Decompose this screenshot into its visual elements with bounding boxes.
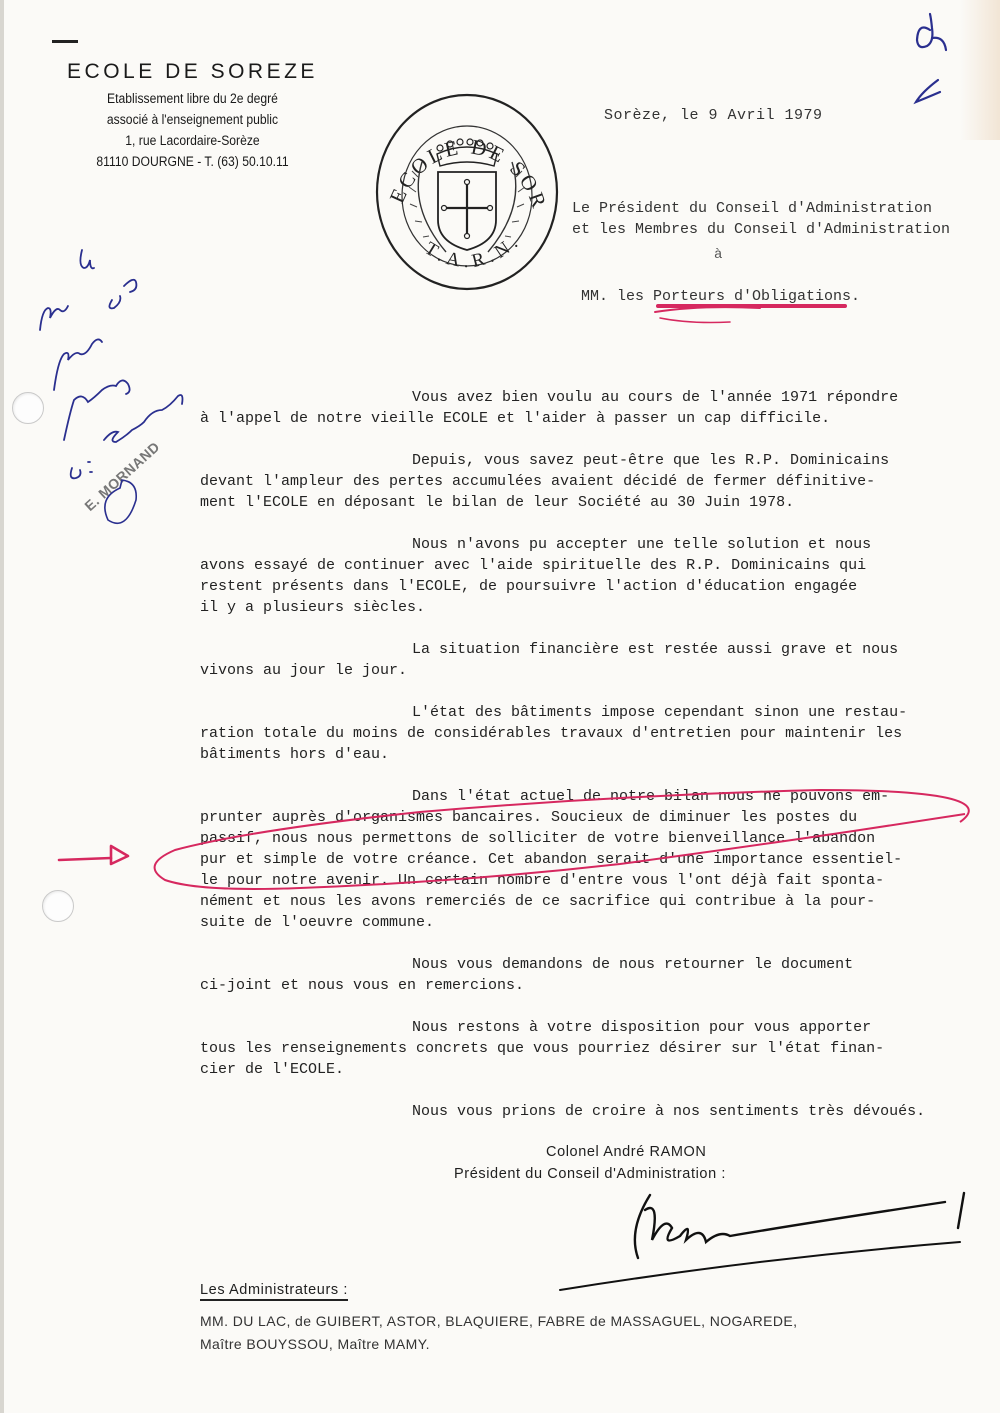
sender-line: et les Membres du Conseil d'Administrati… [572, 219, 950, 240]
recipient-underline-icon [655, 306, 845, 323]
body-line: à l'appel de notre vieille ECOLE et l'ai… [200, 408, 990, 429]
letterhead-phone: 81110 DOURGNE - T. (63) 50.10.11 [69, 151, 317, 172]
body-line: le pour notre avenir. Un certain nombre … [200, 870, 990, 891]
body-line: Depuis, vous savez peut-être que les R.P… [200, 450, 990, 471]
body-line: vivons au jour le jour. [200, 660, 990, 681]
body-line: il y a plusieurs siècles. [200, 597, 990, 618]
body-line: nément et nous les avons remerciés de ce… [200, 891, 990, 912]
body-line: devant l'ampleur des pertes accumulées a… [200, 471, 990, 492]
svg-text:ECOLE DE SOREZE: ECOLE DE SOREZE [372, 92, 552, 213]
body-line: Nous n'avons pu accepter une telle solut… [200, 534, 990, 555]
body-line: La situation financière est restée aussi… [200, 639, 990, 660]
body-line: tous les renseignements concrets que vou… [200, 1038, 990, 1059]
seal-bottom-text: T.A.R.N. [421, 230, 526, 273]
school-name: ECOLE DE SOREZE [55, 60, 330, 84]
letterhead: ECOLE DE SOREZE Etablissement libre du 2… [55, 60, 330, 172]
recipient-line: MM. les Porteurs d'Obligations. [581, 288, 860, 305]
sender-block: Le Président du Conseil d'Administration… [572, 198, 950, 240]
punch-hole [42, 890, 74, 922]
body-line: suite de l'oeuvre commune. [200, 912, 990, 933]
body-line: L'état des bâtiments impose cependant si… [200, 702, 990, 723]
body-line: ment l'ECOLE en déposant le bilan de leu… [200, 492, 990, 513]
body-line: ration totale du moins de considérables … [200, 723, 990, 744]
body-paragraph: L'état des bâtiments impose cependant si… [200, 702, 990, 765]
school-seal-icon: ECOLE DE SOREZE T.A.R.N. [372, 92, 562, 292]
paper-stain [960, 0, 1000, 140]
administrators-line: MM. DU LAC, de GUIBERT, ASTOR, BLAQUIERE… [200, 1310, 797, 1333]
to-word: à [714, 247, 722, 263]
body-line: restent présents dans l'ECOLE, de poursu… [200, 576, 990, 597]
body-paragraph: Vous avez bien voulu au cours de l'année… [200, 387, 990, 429]
body-paragraph: Depuis, vous savez peut-être que les R.P… [200, 450, 990, 513]
body-line: bâtiments hors d'eau. [200, 744, 990, 765]
body-line: pur et simple de votre créance. Cet aban… [200, 849, 990, 870]
letterhead-address: 1, rue Lacordaire-Sorèze [69, 130, 317, 151]
seal-top-text: ECOLE DE SOREZE [372, 92, 552, 213]
body-line: Nous vous demandons de nous retourner le… [200, 954, 990, 975]
page-edge [0, 0, 4, 1413]
header-dash [52, 40, 78, 43]
body-paragraph: Nous n'avons pu accepter une telle solut… [200, 534, 990, 618]
body-line: prunter auprès d'organismes bancaires. S… [200, 807, 990, 828]
body-line: avons essayé de continuer avec l'aide sp… [200, 555, 990, 576]
body-paragraph: La situation financière est restée aussi… [200, 639, 990, 681]
punch-hole [12, 392, 44, 424]
administrators-heading: Les Administrateurs : [200, 1282, 348, 1301]
body-line: Dans l'état actuel de notre bilan nous n… [200, 786, 990, 807]
corner-mark-icon [916, 14, 946, 102]
svg-text:T.A.R.N.: T.A.R.N. [421, 230, 526, 273]
mornand-stamp: E. MORNAND [81, 438, 162, 514]
body-paragraph: Nous vous demandons de nous retourner le… [200, 954, 990, 996]
date-line: Sorèze, le 9 Avril 1979 [604, 107, 823, 124]
body-line: cier de l'ECOLE. [200, 1059, 990, 1080]
body-line: passif, nous nous permettons de sollicit… [200, 828, 990, 849]
administrators-list: MM. DU LAC, de GUIBERT, ASTOR, BLAQUIERE… [200, 1310, 797, 1356]
letterhead-line: Etablissement libre du 2e degré [69, 88, 317, 109]
closing-block: Colonel André RAMON Président du Conseil… [454, 1141, 726, 1185]
letterhead-line: associé à l'enseignement public [69, 109, 317, 130]
body-line: Vous avez bien voulu au cours de l'année… [200, 387, 990, 408]
sender-line: Le Président du Conseil d'Administration [572, 198, 950, 219]
red-arrow-icon [59, 846, 128, 864]
signatory-name: Colonel André RAMON [454, 1141, 726, 1163]
body-line: Nous vous prions de croire à nos sentime… [200, 1101, 990, 1122]
handwritten-note-icon [40, 250, 183, 478]
body-paragraph: Dans l'état actuel de notre bilan nous n… [200, 786, 990, 933]
body-paragraph: Nous vous prions de croire à nos sentime… [200, 1101, 990, 1122]
body-line: ci-joint et nous vous en remercions. [200, 975, 990, 996]
body-line: Nous restons à votre disposition pour vo… [200, 1017, 990, 1038]
signatory-title: Président du Conseil d'Administration : [454, 1163, 726, 1185]
letter-body: Vous avez bien voulu au cours de l'année… [200, 387, 990, 1143]
signature-icon [560, 1193, 964, 1290]
administrators-line: Maître BOUYSSOU, Maître MAMY. [200, 1333, 797, 1356]
body-paragraph: Nous restons à votre disposition pour vo… [200, 1017, 990, 1080]
